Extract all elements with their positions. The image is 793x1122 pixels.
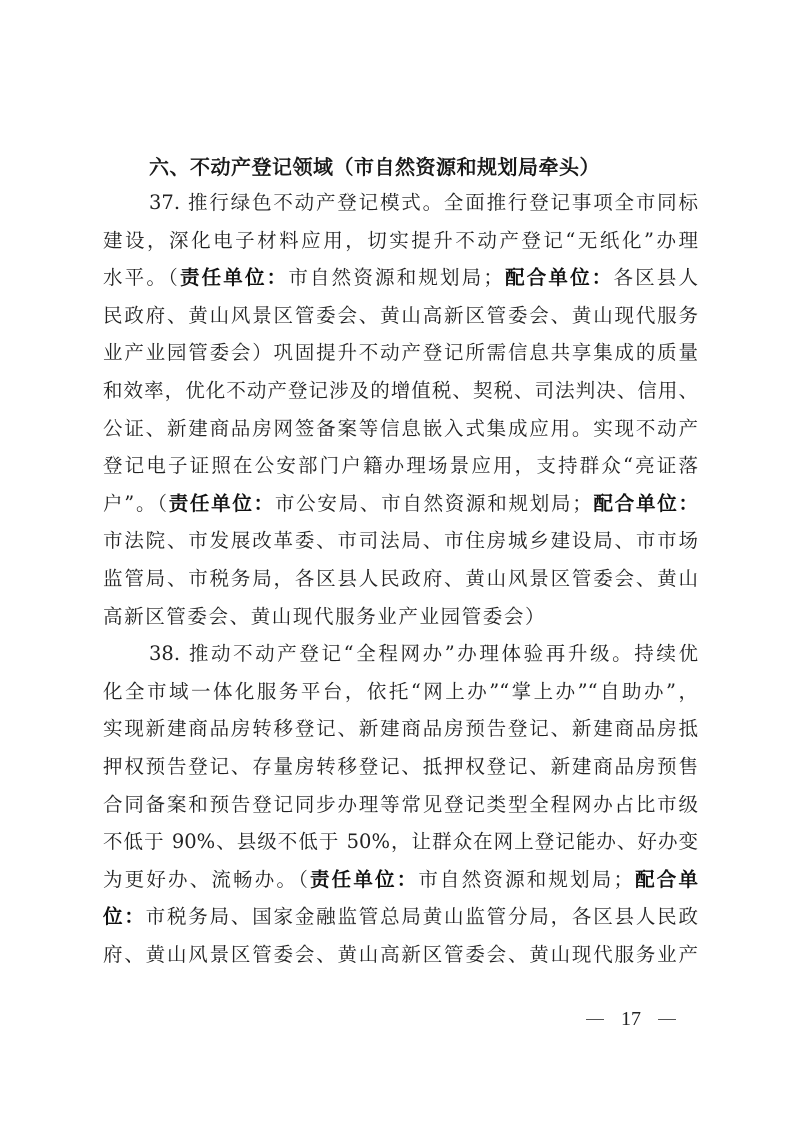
text-segment: 高新区管委会、黄山现代服务业产业园管委会） <box>103 605 546 628</box>
page-number: 17 <box>621 1008 641 1031</box>
text-segment: 公证、新建商品房网签备案等信息嵌入式集成应用。实现不动产 <box>103 417 698 440</box>
bold-label: 责任单位： <box>169 492 275 515</box>
text-line: 业产业园管委会）巩固提升不动产登记所需信息共享集成的质量 <box>103 338 698 368</box>
text-segment: 各区县人 <box>613 266 698 289</box>
text-segment: 合同备案和预告登记同步办理等常见登记类型全程网办占比市级 <box>103 793 698 816</box>
text-line: 押权预告登记、存量房转移登记、抵押权登记、新建商品房预售 <box>103 752 698 782</box>
text-line: 37. 推行绿色不动产登记模式。全面推行登记事项全市同标 <box>149 188 698 218</box>
text-line: 和效率，优化不动产登记涉及的增值税、契税、司法判决、信用、 <box>103 376 698 406</box>
page-footer: 17 <box>586 1008 676 1031</box>
text-line: 水平。（责任单位：市自然资源和规划局；配合单位：各区县人 <box>103 263 698 293</box>
text-segment: 建设，深化电子材料应用，切实提升不动产登记“无纸化”办理 <box>103 229 698 252</box>
text-line: 为更好办、流畅办。（责任单位：市自然资源和规划局；配合单 <box>103 865 698 895</box>
text-segment: 市自然资源和规划局； <box>288 266 503 289</box>
text-segment: 市公安局、市自然资源和规划局； <box>275 492 592 515</box>
text-line: 市法院、市发展改革委、市司法局、市住房城乡建设局、市市场 <box>103 526 698 556</box>
text-line: 化全市域一体化服务平台，依托“网上办”“掌上办”“自助办”， <box>103 677 698 707</box>
text-line: 府、黄山风景区管委会、黄山高新区管委会、黄山现代服务业产 <box>103 940 698 970</box>
text-segment: 民政府、黄山风景区管委会、黄山高新区管委会、黄山现代服务 <box>103 304 698 327</box>
bold-label: 配合单 <box>633 868 698 891</box>
bold-label: 配合单位： <box>503 266 614 289</box>
text-segment: 38. 推动不动产登记“全程网办”办理体验再升级。持续优 <box>149 642 698 665</box>
text-line: 民政府、黄山风景区管委会、黄山高新区管委会、黄山现代服务 <box>103 301 698 331</box>
text-segment: 和效率，优化不动产登记涉及的增值税、契税、司法判决、信用、 <box>103 379 698 402</box>
text-line: 高新区管委会、黄山现代服务业产业园管委会） <box>103 602 698 632</box>
text-line: 位：市税务局、国家金融监管总局黄山监管分局，各区县人民政 <box>103 902 698 932</box>
document-page: 六、不动产登记领域（市自然资源和规划局牵头） 37. 推行绿色不动产登记模式。全… <box>0 0 793 1122</box>
text-segment: 不低于 90%、县级不低于 50%，让群众在网上登记能办、好办变 <box>103 830 698 853</box>
text-line: 登记电子证照在公安部门户籍办理场景应用，支持群众“亮证落 <box>103 451 698 481</box>
dash-left-decoration <box>586 1019 604 1021</box>
text-segment: 登记电子证照在公安部门户籍办理场景应用，支持群众“亮证落 <box>103 454 698 477</box>
text-segment: 37. 推行绿色不动产登记模式。全面推行登记事项全市同标 <box>149 191 698 214</box>
bold-label: 位： <box>103 905 146 928</box>
text-segment: 市法院、市发展改革委、市司法局、市住房城乡建设局、市市场 <box>103 529 698 552</box>
text-line: 实现新建商品房转移登记、新建商品房预告登记、新建商品房抵 <box>103 714 698 744</box>
text-segment: 为更好办、流畅办。（ <box>103 868 310 891</box>
bold-label: 配合单位： <box>592 492 698 515</box>
text-segment: 业产业园管委会）巩固提升不动产登记所需信息共享集成的质量 <box>103 341 698 364</box>
text-line: 38. 推动不动产登记“全程网办”办理体验再升级。持续优 <box>149 639 698 669</box>
text-line: 户”。（责任单位：市公安局、市自然资源和规划局；配合单位： <box>103 489 698 519</box>
text-segment: 化全市域一体化服务平台，依托“网上办”“掌上办”“自助办”， <box>103 680 698 703</box>
text-line: 公证、新建商品房网签备案等信息嵌入式集成应用。实现不动产 <box>103 414 698 444</box>
text-line: 不低于 90%、县级不低于 50%，让群众在网上登记能办、好办变 <box>103 827 698 857</box>
dash-right-decoration <box>658 1019 676 1021</box>
text-segment: 监管局、市税务局，各区县人民政府、黄山风景区管委会、黄山 <box>103 567 698 590</box>
text-segment: 市税务局、国家金融监管总局黄山监管分局，各区县人民政 <box>146 905 698 928</box>
text-segment: 市自然资源和规划局； <box>418 868 633 891</box>
text-line: 监管局、市税务局，各区县人民政府、黄山风景区管委会、黄山 <box>103 564 698 594</box>
section-heading: 六、不动产登记领域（市自然资源和规划局牵头） <box>149 151 600 180</box>
text-segment: 实现新建商品房转移登记、新建商品房预告登记、新建商品房抵 <box>103 717 698 740</box>
text-segment: 押权预告登记、存量房转移登记、抵押权登记、新建商品房预售 <box>103 755 698 778</box>
text-line: 合同备案和预告登记同步办理等常见登记类型全程网办占比市级 <box>103 790 698 820</box>
text-segment: 府、黄山风景区管委会、黄山高新区管委会、黄山现代服务业产 <box>103 943 698 966</box>
text-segment: 户”。（ <box>103 492 169 515</box>
bold-label: 责任单位： <box>310 868 418 891</box>
bold-label: 责任单位： <box>180 266 288 289</box>
text-line: 建设，深化电子材料应用，切实提升不动产登记“无纸化”办理 <box>103 226 698 256</box>
text-segment: 水平。（ <box>103 266 180 289</box>
